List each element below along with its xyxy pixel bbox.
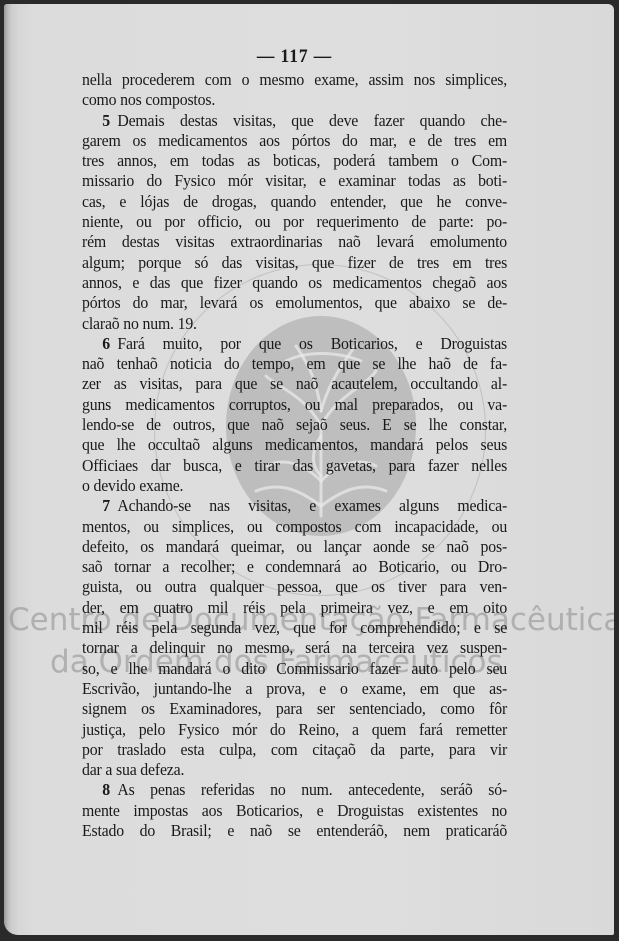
line-text: mente impostas aos Boticarios, e Droguis… bbox=[82, 801, 507, 820]
page-text-block: — 117 — nella procederem com o mesmo exa… bbox=[82, 46, 507, 841]
text-line: defeito, os mandará queimar, ou lançar a… bbox=[82, 537, 507, 557]
paragraph-start-line: 5Demais destas visitas, que deve fazer q… bbox=[82, 111, 507, 131]
line-text: por traslado esta culpa, com citaçaõ da … bbox=[82, 740, 507, 759]
line-text: guista, ou outra qualquer pessoa, que os… bbox=[82, 577, 507, 596]
line-text: lendo-se de outros, que naõ sejaõ seus. … bbox=[82, 415, 507, 434]
line-text: garem os medicamentos aos pórtos do mar,… bbox=[82, 131, 507, 150]
line-text: saõ tornar a recolher; e condemnará ao B… bbox=[82, 557, 507, 576]
text-line: por traslado esta culpa, com citaçaõ da … bbox=[82, 740, 507, 760]
paragraph-number: 7 bbox=[102, 496, 110, 515]
text-line: so, e lhe mandará o dito Commissario faz… bbox=[82, 659, 507, 679]
paragraph-start-line: 8As penas referidas no num. antecedente,… bbox=[82, 780, 507, 800]
text-line: algum; porque só das visitas, que fizer … bbox=[82, 253, 507, 273]
line-text: Demais destas visitas, que deve fazer qu… bbox=[117, 111, 507, 130]
line-text: niente, ou por officio, ou por requerime… bbox=[82, 212, 507, 231]
line-text: annos, e das que fizer quando os medicam… bbox=[82, 273, 507, 292]
text-line: lendo-se de outros, que naõ sejaõ seus. … bbox=[82, 415, 507, 435]
line-text: dar a sua defeza. bbox=[82, 760, 184, 779]
page-gutter-shadow bbox=[4, 4, 18, 935]
line-text: que lhe occultaõ alguns medicamentos, ma… bbox=[82, 435, 507, 454]
line-text: Fará muito, por que os Boticarios, e Dro… bbox=[117, 334, 507, 353]
text-line: guns medicamentos corruptos, ou mal prep… bbox=[82, 395, 507, 415]
line-text: Estado do Brasil; e naõ se entenderáõ, n… bbox=[82, 821, 507, 840]
text-line: dar a sua defeza. bbox=[82, 760, 507, 780]
text-line: Officiaes dar busca, e tirar das gavetas… bbox=[82, 456, 507, 476]
line-text: como nos compostos. bbox=[82, 90, 215, 109]
paragraph-number: 8 bbox=[102, 780, 110, 799]
text-line: rém destas visitas extraordinarias naõ l… bbox=[82, 232, 507, 252]
text-line: niente, ou por officio, ou por requerime… bbox=[82, 212, 507, 232]
text-line: pórtos do mar, levará os emolumentos, qu… bbox=[82, 293, 507, 313]
text-line: mentos, ou simplices, ou compostos com i… bbox=[82, 517, 507, 537]
text-line: tres annos, em todas as boticas, poderá … bbox=[82, 151, 507, 171]
line-text: mil réis pela segunda vez, que for compr… bbox=[82, 618, 507, 637]
line-text: Escrivão, juntando-lhe a prova, e o exam… bbox=[82, 679, 507, 698]
book-page: Centro de Documentação Farmacêutica da O… bbox=[4, 4, 614, 935]
paragraph-number: 5 bbox=[102, 111, 110, 130]
line-text: guns medicamentos corruptos, ou mal prep… bbox=[82, 395, 507, 414]
text-line: claraõ no num. 19. bbox=[82, 314, 507, 334]
text-line: Escrivão, juntando-lhe a prova, e o exam… bbox=[82, 679, 507, 699]
text-line: cas, e lójas de drogas, quando entender,… bbox=[82, 192, 507, 212]
line-text: Achando-se nas visitas, e exames alguns … bbox=[117, 496, 507, 515]
text-line: mente impostas aos Boticarios, e Droguis… bbox=[82, 801, 507, 821]
line-text: naõ tenhaõ noticia do tempo, em que se l… bbox=[82, 354, 507, 373]
line-text: defeito, os mandará queimar, ou lançar a… bbox=[82, 537, 507, 556]
text-line: como nos compostos. bbox=[82, 90, 507, 110]
text-line: mil réis pela segunda vez, que for compr… bbox=[82, 618, 507, 638]
text-line: der, em quatro mil réis pela primeira ve… bbox=[82, 598, 507, 618]
line-text: so, e lhe mandará o dito Commissario faz… bbox=[82, 659, 507, 678]
line-text: tres annos, em todas as boticas, poderá … bbox=[82, 151, 507, 170]
line-text: Officiaes dar busca, e tirar das gavetas… bbox=[82, 456, 507, 475]
line-text: signem os Examinadores, para ser sentenc… bbox=[82, 699, 507, 718]
text-line: signem os Examinadores, para ser sentenc… bbox=[82, 699, 507, 719]
line-text: der, em quatro mil réis pela primeira ve… bbox=[82, 598, 507, 617]
line-text: As penas referidas no num. antecedente, … bbox=[117, 780, 507, 799]
line-text: o devido exame. bbox=[82, 476, 183, 495]
text-line: tornar a delinquir no mesmo, será na ter… bbox=[82, 638, 507, 658]
paragraph-start-line: 7Achando-se nas visitas, e exames alguns… bbox=[82, 496, 507, 516]
text-line: nella procederem com o mesmo exame, assi… bbox=[82, 70, 507, 90]
text-line: missario do Fysico mór visitar, e examin… bbox=[82, 171, 507, 191]
text-line: garem os medicamentos aos pórtos do mar,… bbox=[82, 131, 507, 151]
text-line: annos, e das que fizer quando os medicam… bbox=[82, 273, 507, 293]
line-text: zer as visitas, para que se naõ acautele… bbox=[82, 374, 507, 393]
text-line: zer as visitas, para que se naõ acautele… bbox=[82, 374, 507, 394]
line-text: pórtos do mar, levará os emolumentos, qu… bbox=[82, 293, 507, 312]
line-text: rém destas visitas extraordinarias naõ l… bbox=[82, 232, 507, 251]
line-text: claraõ no num. 19. bbox=[82, 314, 197, 333]
text-line: justiça, pelo Fysico mór do Reino, a que… bbox=[82, 720, 507, 740]
text-lines: nella procederem com o mesmo exame, assi… bbox=[82, 70, 507, 841]
line-text: tornar a delinquir no mesmo, será na ter… bbox=[82, 638, 507, 657]
line-text: mentos, ou simplices, ou compostos com i… bbox=[82, 517, 507, 536]
scanned-page-image: Centro de Documentação Farmacêutica da O… bbox=[0, 0, 619, 941]
paragraph-start-line: 6Fará muito, por que os Boticarios, e Dr… bbox=[82, 334, 507, 354]
text-line: que lhe occultaõ alguns medicamentos, ma… bbox=[82, 435, 507, 455]
page-number: — 117 — bbox=[82, 46, 507, 68]
line-text: nella procederem com o mesmo exame, assi… bbox=[82, 70, 507, 89]
line-text: justiça, pelo Fysico mór do Reino, a que… bbox=[82, 720, 507, 739]
line-text: algum; porque só das visitas, que fizer … bbox=[82, 253, 507, 272]
line-text: cas, e lójas de drogas, quando entender,… bbox=[82, 192, 507, 211]
text-line: Estado do Brasil; e naõ se entenderáõ, n… bbox=[82, 821, 507, 841]
text-line: naõ tenhaõ noticia do tempo, em que se l… bbox=[82, 354, 507, 374]
line-text: missario do Fysico mór visitar, e examin… bbox=[82, 171, 507, 190]
paragraph-number: 6 bbox=[102, 334, 110, 353]
text-line: saõ tornar a recolher; e condemnará ao B… bbox=[82, 557, 507, 577]
text-line: o devido exame. bbox=[82, 476, 507, 496]
text-line: guista, ou outra qualquer pessoa, que os… bbox=[82, 577, 507, 597]
